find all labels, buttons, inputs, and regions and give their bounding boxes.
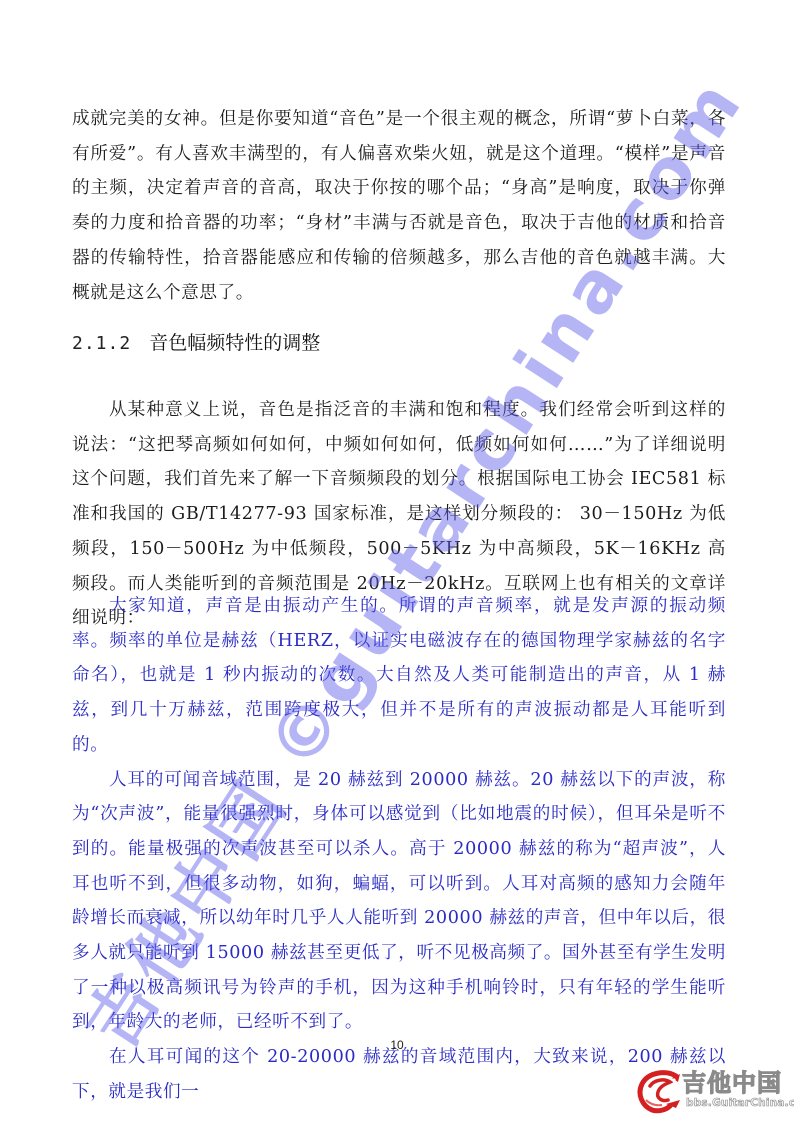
intro-text-block: 成就完美的女神。但是你要知道“音色”是一个很主观的概念，所谓“萝卜白菜，各有所爱…: [72, 102, 726, 310]
section-heading: 2.1.2音色幅频特性的调整: [72, 330, 320, 357]
site-logo: 吉他中国 bbs.GuitarChina.com: [636, 1066, 790, 1116]
section-title: 音色幅频特性的调整: [149, 332, 320, 354]
quoted-text-block: 大家知道，声音是由振动产生的。所谓的声音频率，就是发声源的振动频率。频率的单位是…: [72, 589, 726, 1110]
document-page: 成就完美的女神。但是你要知道“音色”是一个很主观的概念，所谓“萝卜白菜，各有所爱…: [0, 0, 794, 1123]
section-number: 2.1.2: [72, 333, 131, 354]
intro-paragraph: 成就完美的女神。但是你要知道“音色”是一个很主观的概念，所谓“萝卜白菜，各有所爱…: [72, 102, 726, 310]
quoted-paragraph-1: 大家知道，声音是由振动产生的。所谓的声音频率，就是发声源的振动频率。频率的单位是…: [72, 589, 726, 763]
quoted-paragraph-2: 人耳的可闻音域范围，是 20 赫兹到 20000 赫兹。20 赫兹以下的声波，称…: [72, 763, 726, 1041]
logo-url-text: bbs.GuitarChina.com: [686, 1097, 794, 1109]
logo-brand-text: 吉他中国: [682, 1070, 782, 1096]
page-number: 10: [0, 1038, 794, 1052]
dragon-icon: [636, 1070, 684, 1114]
